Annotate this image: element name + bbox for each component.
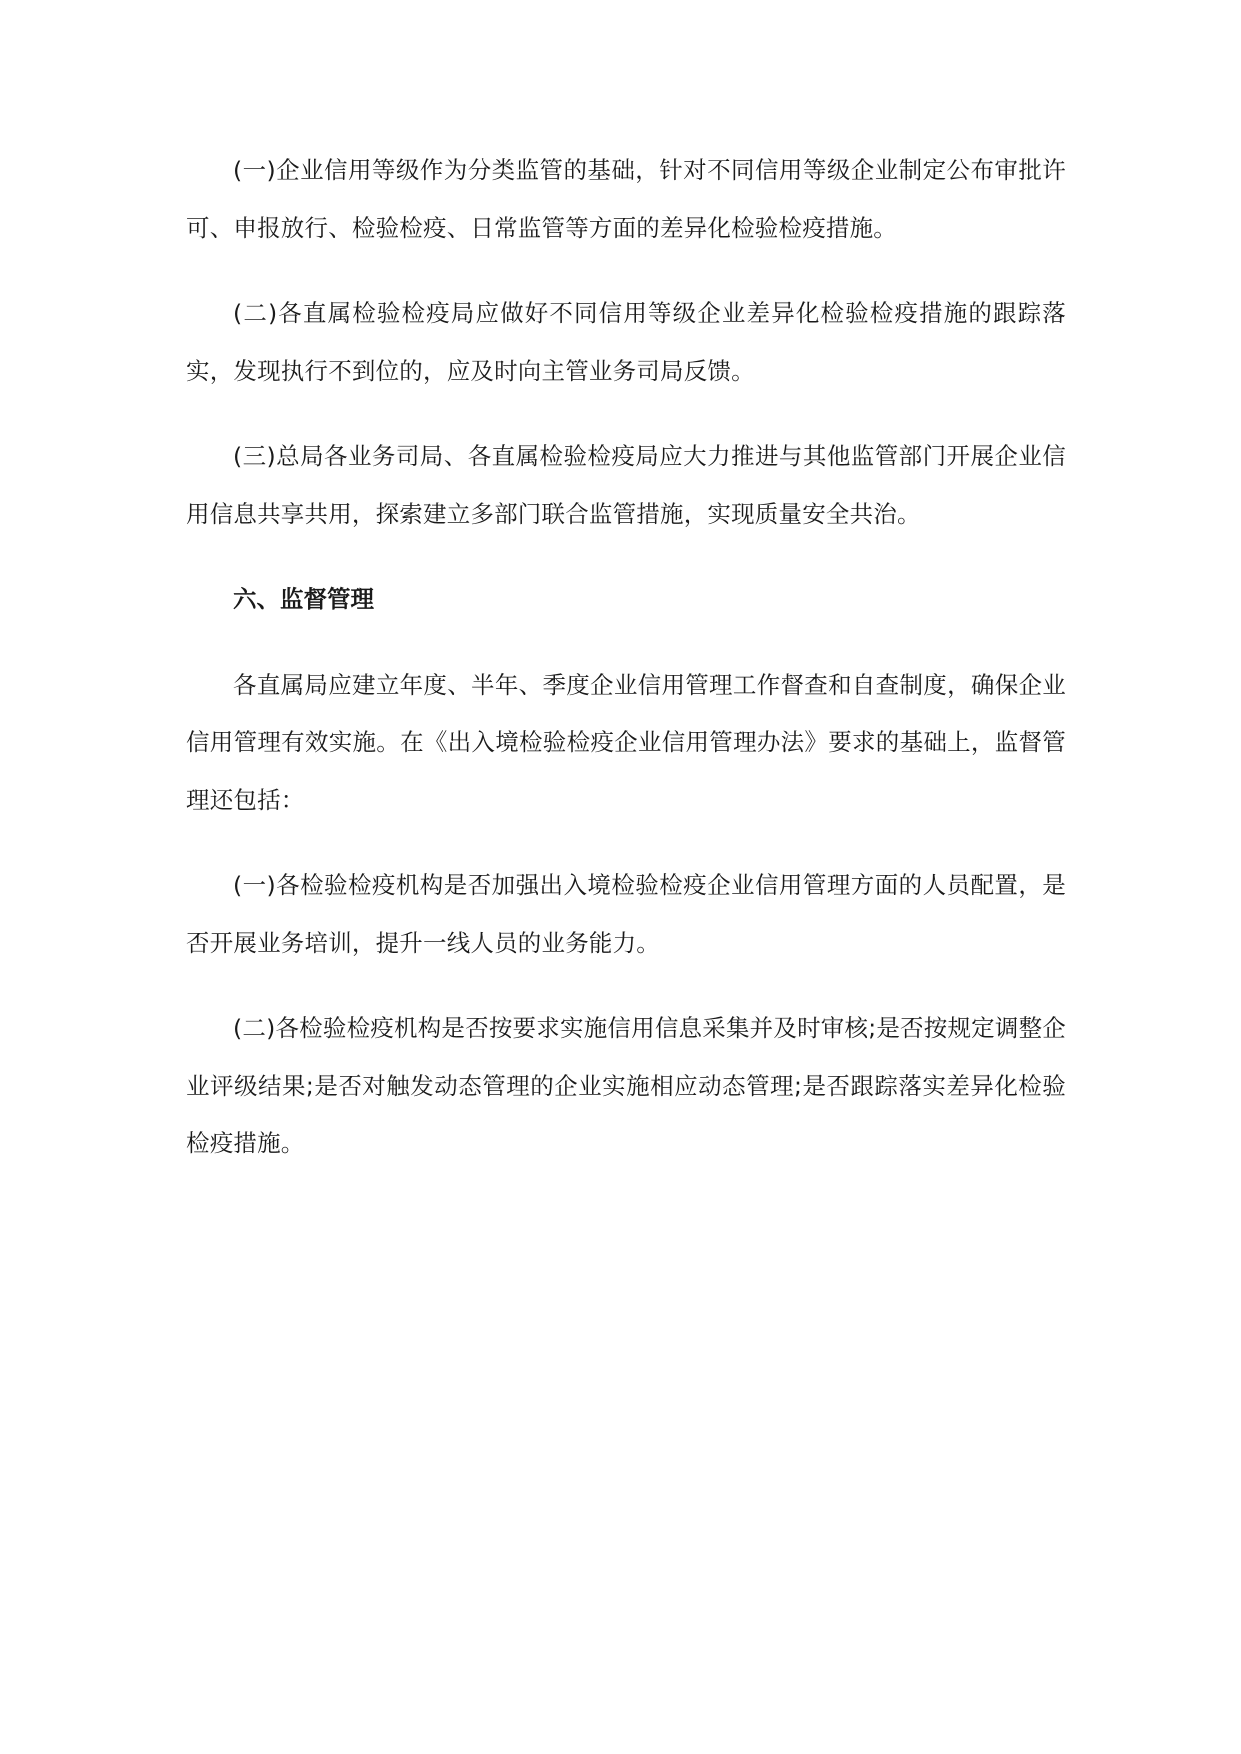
- paragraph-info-sharing: (三)总局各业务司局、各直属检验检疫局应大力推进与其他监管部门开展企业信用信息共…: [186, 428, 1066, 543]
- paragraph-supervision-intro: 各直属局应建立年度、半年、季度企业信用管理工作督查和自查制度，确保企业信用管理有…: [186, 657, 1066, 830]
- paragraph-staffing-training: (一)各检验检疫机构是否加强出入境检验检疫企业信用管理方面的人员配置，是否开展业…: [186, 857, 1066, 972]
- document-page: (一)企业信用等级作为分类监管的基础，针对不同信用等级企业制定公布审批许可、申报…: [186, 142, 1066, 1173]
- paragraph-differentiated-measures: (一)企业信用等级作为分类监管的基础，针对不同信用等级企业制定公布审批许可、申报…: [186, 142, 1066, 257]
- paragraph-follow-up: (二)各直属检验检疫局应做好不同信用等级企业差异化检验检疫措施的跟踪落实，发现执…: [186, 285, 1066, 400]
- section-heading-supervision: 六、监督管理: [186, 571, 1066, 629]
- paragraph-info-collection: (二)各检验检疫机构是否按要求实施信用信息采集并及时审核;是否按规定调整企业评级…: [186, 1000, 1066, 1173]
